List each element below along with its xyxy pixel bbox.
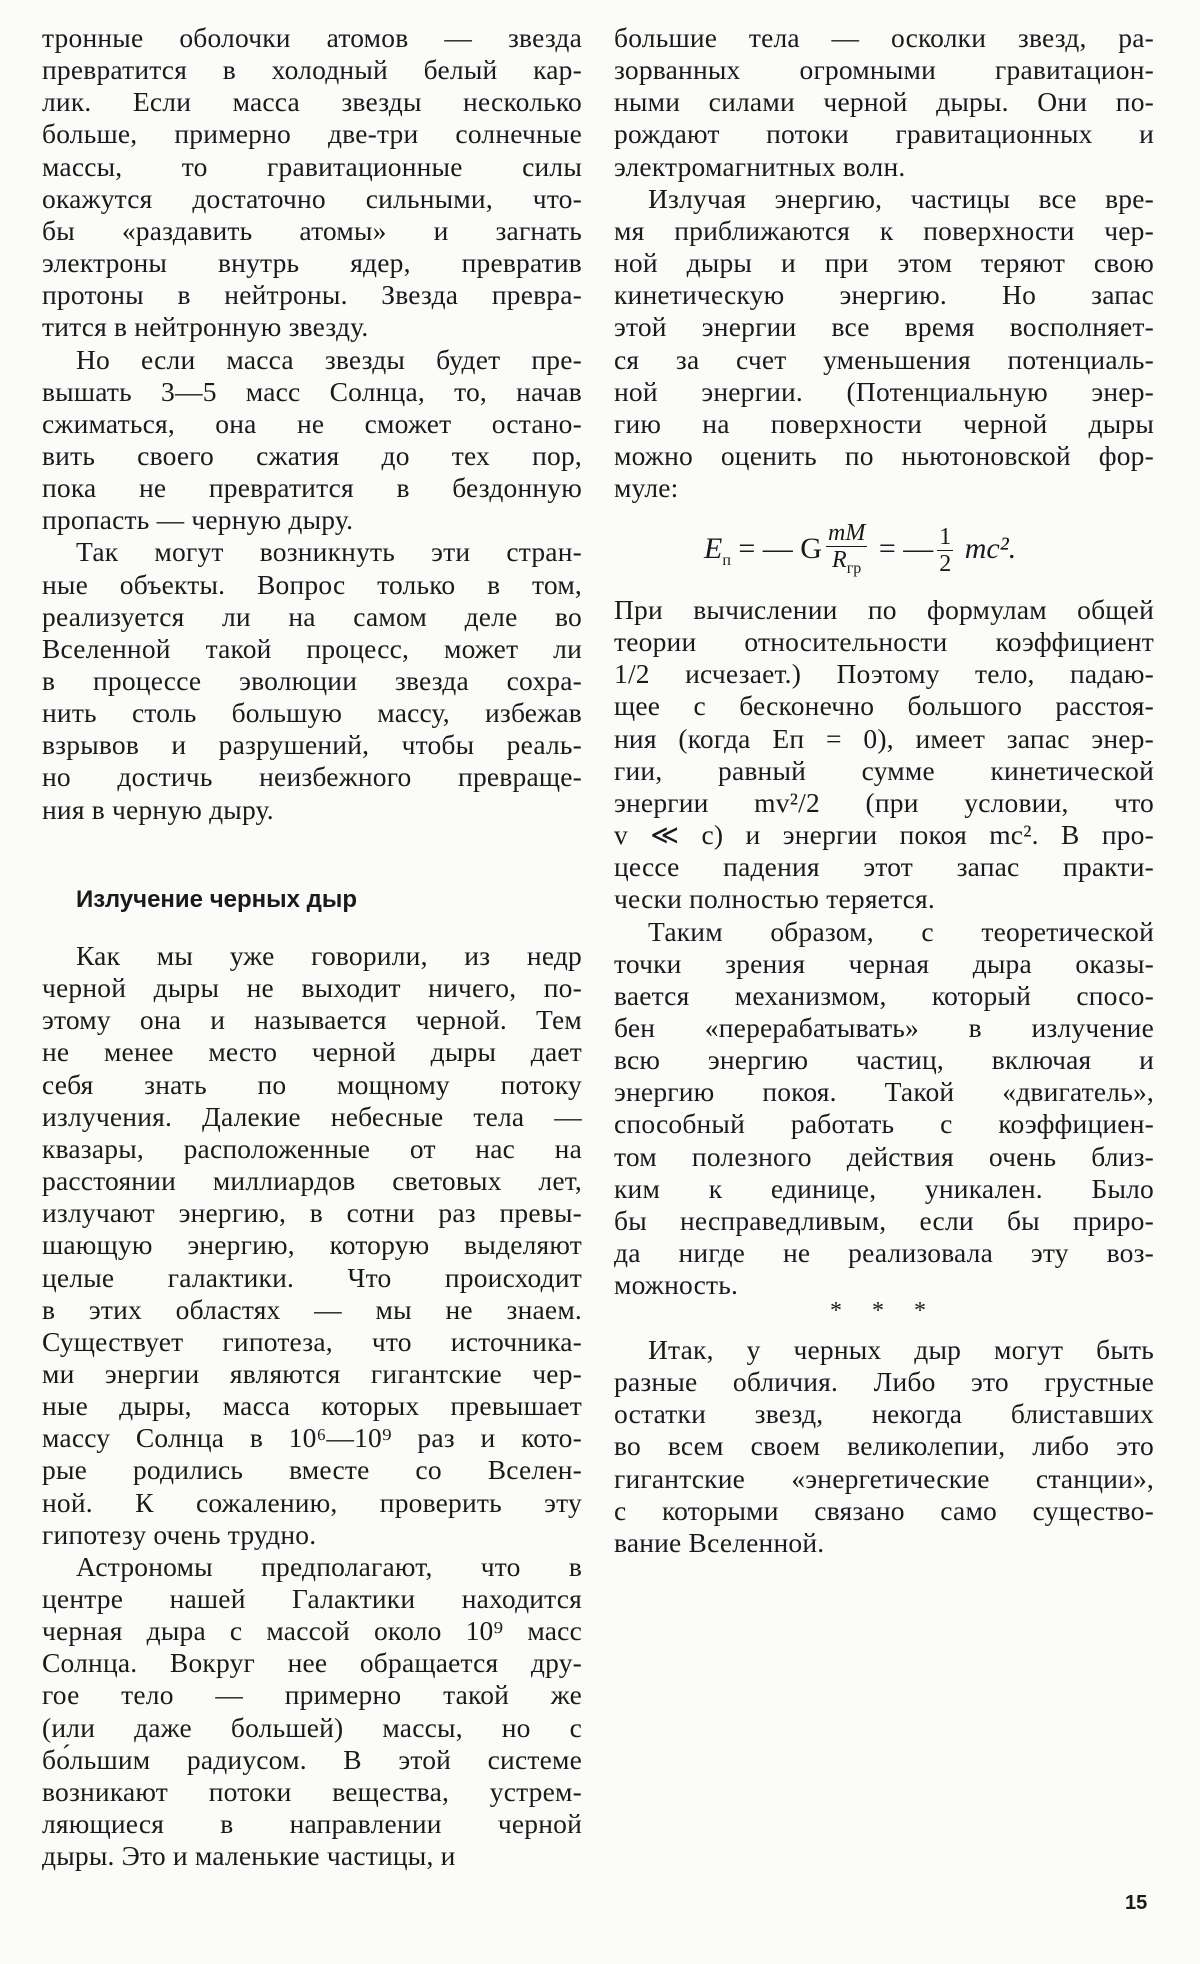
text-line: излучают энергию, в сотни раз превы- xyxy=(42,1197,582,1229)
text-line: ной дыры и при этом теряют свою xyxy=(614,247,1154,279)
text-line: окажутся достаточно сильными, что- xyxy=(42,183,582,215)
text-line: ные дыры, масса которых превышает xyxy=(42,1390,582,1422)
text-line: ся за счет уменьшения потенциаль- xyxy=(614,344,1154,376)
text-line: всю энергию частиц, включая и xyxy=(614,1044,1154,1076)
text-line: бы «раздавить атомы» и загнать xyxy=(42,215,582,247)
text-line: но достичь неизбежного превраще- xyxy=(42,761,582,793)
text-line: зорванных огромными гравитацион- xyxy=(614,54,1154,86)
text-line: цессе падения этот запас практи- xyxy=(614,851,1154,883)
formula-lhs-sub: п xyxy=(722,552,731,569)
text-line: остатки звезд, некогда блиставших xyxy=(614,1398,1154,1430)
text-line: Вселенной такой процесс, может ли xyxy=(42,633,582,665)
text-line: гигантские «энергетические станции», xyxy=(614,1463,1154,1495)
text-line: способный работать с коэффициен- xyxy=(614,1108,1154,1140)
formula-lhs: E xyxy=(704,532,722,565)
text-line: ной энергии. (Потенциальную энер- xyxy=(614,376,1154,408)
text-line: бо́льшим радиусом. В этой системе xyxy=(42,1744,582,1776)
frac2-den: 2 xyxy=(937,551,953,577)
text-line: (или даже большей) массы, но с xyxy=(42,1712,582,1744)
text-line: электроны внутрь ядер, превратив xyxy=(42,247,582,279)
text-line: Солнца. Вокруг нее обращается дру- xyxy=(42,1647,582,1679)
text-line: тронные оболочки атомов — звезда xyxy=(42,22,582,54)
text-line: взрывов и разрушений, чтобы реаль- xyxy=(42,729,582,761)
text-line: шающую энергию, которую выделяют xyxy=(42,1229,582,1261)
formula-rhs: mc². xyxy=(965,532,1016,565)
text-line: вить своего сжатия до тех пор, xyxy=(42,440,582,472)
text-line: ной. К сожалению, проверить эту xyxy=(42,1487,582,1519)
text-line: вается механизмом, который спосо- xyxy=(614,980,1154,1012)
text-line: себя знать по мощному потоку xyxy=(42,1069,582,1101)
text-line: Как мы уже говорили, из недр xyxy=(42,940,582,972)
text-line: энергии mv²/2 (при условии, что xyxy=(614,787,1154,819)
text-line: тится в нейтронную звезду. xyxy=(42,311,582,343)
text-line: дыры. Это и маленькие частицы, и xyxy=(42,1840,582,1872)
text-line: черной дыры не выходит ничего, по- xyxy=(42,972,582,1004)
text-line: разные обличия. Либо это грустные xyxy=(614,1366,1154,1398)
text-line: гое тело — примерно такой же xyxy=(42,1679,582,1711)
section-heading: Излучение черных дыр xyxy=(76,885,357,915)
text-line: Таким образом, с теоретической xyxy=(614,916,1154,948)
text-line: мя приближаются к поверхности чер- xyxy=(614,215,1154,247)
text-line: Но если масса звезды будет пре- xyxy=(42,344,582,376)
text-line: пропасть — черную дыру. xyxy=(42,504,582,536)
text-line: ными силами черной дыры. Они по- xyxy=(614,86,1154,118)
text-line: расстоянии миллиардов световых лет, xyxy=(42,1165,582,1197)
text-line: целые галактики. Что происходит xyxy=(42,1262,582,1294)
text-line: бен «перерабатывать» в излучение xyxy=(614,1012,1154,1044)
text-line: ния в черную дыру. xyxy=(42,794,582,826)
fraction-mM-over-R: mMRгр xyxy=(826,520,867,582)
text-line: во всем своем великолепии, либо это xyxy=(614,1430,1154,1462)
text-line: ким к единице, уникален. Было xyxy=(614,1173,1154,1205)
text-line: Итак, у черных дыр могут быть xyxy=(614,1334,1154,1366)
frac1-num: mM xyxy=(826,520,867,547)
text-line: Астрономы предполагают, что в xyxy=(42,1551,582,1583)
text-line: протоны в нейтроны. Звезда превра- xyxy=(42,279,582,311)
text-line: сжиматься, она не сможет остано- xyxy=(42,408,582,440)
text-line: гипотезу очень трудно. xyxy=(42,1519,582,1551)
frac2-num: 1 xyxy=(937,524,953,551)
text-line: вание Вселенной. xyxy=(614,1527,1154,1559)
text-line: рые родились вместе со Вселен- xyxy=(42,1454,582,1486)
text-line: можно оценить по ньютоновской фор- xyxy=(614,440,1154,472)
text-line: щее с бесконечно большого расстоя- xyxy=(614,690,1154,722)
text-line: да нигде не реализовала эту воз- xyxy=(614,1237,1154,1269)
text-line: Существует гипотеза, что источника- xyxy=(42,1326,582,1358)
text-line: возникают потоки вещества, устрем- xyxy=(42,1776,582,1808)
text-line: большие тела — осколки звезд, ра- xyxy=(614,22,1154,54)
text-line: превратится в холодный белый кар- xyxy=(42,54,582,86)
frac1-den-sub: гр xyxy=(847,560,862,577)
text-line: вышать 3—5 масс Солнца, то, начав xyxy=(42,376,582,408)
text-line: При вычислении по формулам общей xyxy=(614,594,1154,626)
text-line: излучения. Далекие небесные тела — xyxy=(42,1101,582,1133)
text-line: кинетическую энергию. Но запас xyxy=(614,279,1154,311)
text-line: том полезного действия очень близ- xyxy=(614,1141,1154,1173)
text-line: с которыми связано само существо- xyxy=(614,1495,1154,1527)
text-line: v ≪ c) и энергии покоя mc². В про- xyxy=(614,819,1154,851)
text-line: ния (когда Eп = 0), имеет запас энер- xyxy=(614,723,1154,755)
text-line: гию на поверхности черной дыры xyxy=(614,408,1154,440)
potential-energy-formula: Eп = — GmMRгр = —12 mc². xyxy=(704,520,1016,590)
text-line: чески полностью теряется. xyxy=(614,883,1154,915)
fraction-one-half: 12 xyxy=(937,524,953,577)
text-line: муле: xyxy=(614,472,1154,504)
text-line: точки зрения черная дыра оказы- xyxy=(614,948,1154,980)
text-line: не менее место черной дыры дает xyxy=(42,1036,582,1068)
text-line: нить столь большую массу, избежав xyxy=(42,697,582,729)
text-line: этой энергии все время восполняет- xyxy=(614,311,1154,343)
formula-eq1: = — G xyxy=(738,532,822,565)
text-line: черная дыра с массой около 10⁹ масс xyxy=(42,1615,582,1647)
page-number: 15 xyxy=(1125,1892,1147,1915)
text-line: Излучая энергию, частицы все вре- xyxy=(614,183,1154,215)
text-line: в процессе эволюции звезда сохра- xyxy=(42,665,582,697)
text-line: бы несправедливым, если бы приро- xyxy=(614,1205,1154,1237)
text-line: центре нашей Галактики находится xyxy=(42,1583,582,1615)
text-line: гии, равный сумме кинетической xyxy=(614,755,1154,787)
text-line: больше, примерно две-три солнечные xyxy=(42,118,582,150)
text-line: реализуется ли на самом деле во xyxy=(42,601,582,633)
text-line: электромагнитных волн. xyxy=(614,151,1154,183)
text-line: 1/2 исчезает.) Поэтому тело, падаю- xyxy=(614,658,1154,690)
section-separator: * * * xyxy=(614,1296,1154,1326)
text-line: ляющиеся в направлении черной xyxy=(42,1808,582,1840)
text-line: рождают потоки гравитационных и xyxy=(614,118,1154,150)
text-line: квазары, расположенные от нас на xyxy=(42,1133,582,1165)
text-line: пока не превратится в бездонную xyxy=(42,472,582,504)
text-line: массы, то гравитационные силы xyxy=(42,151,582,183)
text-line: Так могут возникнуть эти стран- xyxy=(42,536,582,568)
text-line: лик. Если масса звезды несколько xyxy=(42,86,582,118)
formula-eq2: = — xyxy=(879,532,933,565)
text-line: массу Солнца в 10⁶—10⁹ раз и кото- xyxy=(42,1422,582,1454)
text-line: в этих областях — мы не знаем. xyxy=(42,1294,582,1326)
text-line: ми энергии являются гигантские чер- xyxy=(42,1358,582,1390)
text-line: энергию покоя. Такой «двигатель», xyxy=(614,1076,1154,1108)
text-line: теории относительности коэффициент xyxy=(614,626,1154,658)
frac1-den: R xyxy=(832,547,847,573)
text-line: этому она и называется черной. Тем xyxy=(42,1004,582,1036)
text-line: ные объекты. Вопрос только в том, xyxy=(42,569,582,601)
